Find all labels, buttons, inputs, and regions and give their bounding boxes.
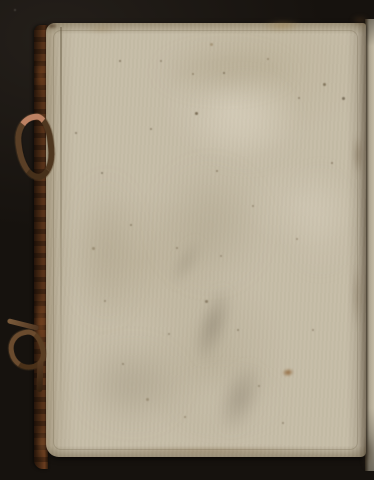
tide-stain-top-right xyxy=(254,17,310,34)
foxing-speck xyxy=(119,60,121,62)
binding-rust-bottom xyxy=(35,422,49,466)
shade-bottom-left xyxy=(62,328,202,440)
stain-layer xyxy=(0,0,374,480)
foxing-speck xyxy=(252,205,254,207)
foxing-speck xyxy=(216,170,218,172)
crease-stain-lower xyxy=(351,248,363,343)
foxing-speck xyxy=(282,422,284,424)
foxing-speck xyxy=(195,112,198,115)
binding-cord-loop-bottom xyxy=(5,327,49,374)
foxing-speck xyxy=(130,224,132,226)
light-patch-top-center xyxy=(170,60,320,180)
foxing-speck xyxy=(205,300,208,303)
foxing-speck xyxy=(192,73,194,75)
binding-cord-tail-bottom xyxy=(36,360,43,392)
foxing-speck xyxy=(150,128,152,130)
speckle-layer xyxy=(0,0,374,480)
shade-left-mid xyxy=(64,150,149,350)
smudge-diagonal-lower xyxy=(197,342,283,454)
gutter-fold-crease xyxy=(60,27,62,447)
binding-cord-strand-bottom xyxy=(7,318,39,331)
binding-rust-top xyxy=(34,52,47,100)
foxing-speck xyxy=(75,132,77,134)
photo-of-manuscript-page xyxy=(0,0,374,480)
foxing-speck xyxy=(312,329,314,331)
shade-center xyxy=(135,140,285,310)
binding-rust-mid xyxy=(33,282,48,367)
fox-spot-brown xyxy=(279,366,296,379)
foxing-speck xyxy=(122,363,124,365)
foxing-speck xyxy=(14,9,16,11)
foxing-speck xyxy=(220,255,222,257)
smudge-tail-upper xyxy=(155,223,217,302)
foxing-speck xyxy=(160,60,162,62)
foxing-speck xyxy=(210,43,213,46)
binding-cord-loop-top xyxy=(13,112,58,182)
light-patch-bottom-center xyxy=(150,360,300,440)
foxing-speck xyxy=(296,238,298,240)
foxing-speck xyxy=(146,398,149,401)
foxing-speck xyxy=(298,97,300,99)
foxing-speck xyxy=(92,247,95,250)
fore-edge-bottom-shadow xyxy=(362,428,374,476)
embossed-frame-crease xyxy=(53,30,358,450)
foxing-speck xyxy=(237,329,239,331)
foxing-speck xyxy=(223,72,225,74)
foxing-speck xyxy=(104,300,106,302)
parchment-page xyxy=(46,23,366,457)
book-spine-binding xyxy=(34,25,48,469)
fore-edge-pages-strip xyxy=(365,19,374,471)
foxing-speck xyxy=(101,172,103,174)
corner-stain-top-right xyxy=(348,14,372,26)
bottom-edge-warm xyxy=(56,446,360,456)
foxing-speck xyxy=(184,416,186,418)
corner-dark-top-left xyxy=(44,22,60,30)
tide-stain-top-left xyxy=(80,24,124,34)
foxing-speck xyxy=(267,58,269,60)
shade-top-center xyxy=(130,36,320,106)
light-patch-right-mid xyxy=(275,150,365,290)
crease-stain-upper xyxy=(352,126,364,184)
foxing-speck xyxy=(258,385,260,387)
foxing-speck xyxy=(331,162,333,164)
foxing-speck xyxy=(176,247,178,249)
foxing-speck xyxy=(168,333,170,335)
smudge-diagonal-upper xyxy=(177,267,249,384)
foxing-speck xyxy=(342,97,345,100)
foxing-speck xyxy=(323,83,326,86)
